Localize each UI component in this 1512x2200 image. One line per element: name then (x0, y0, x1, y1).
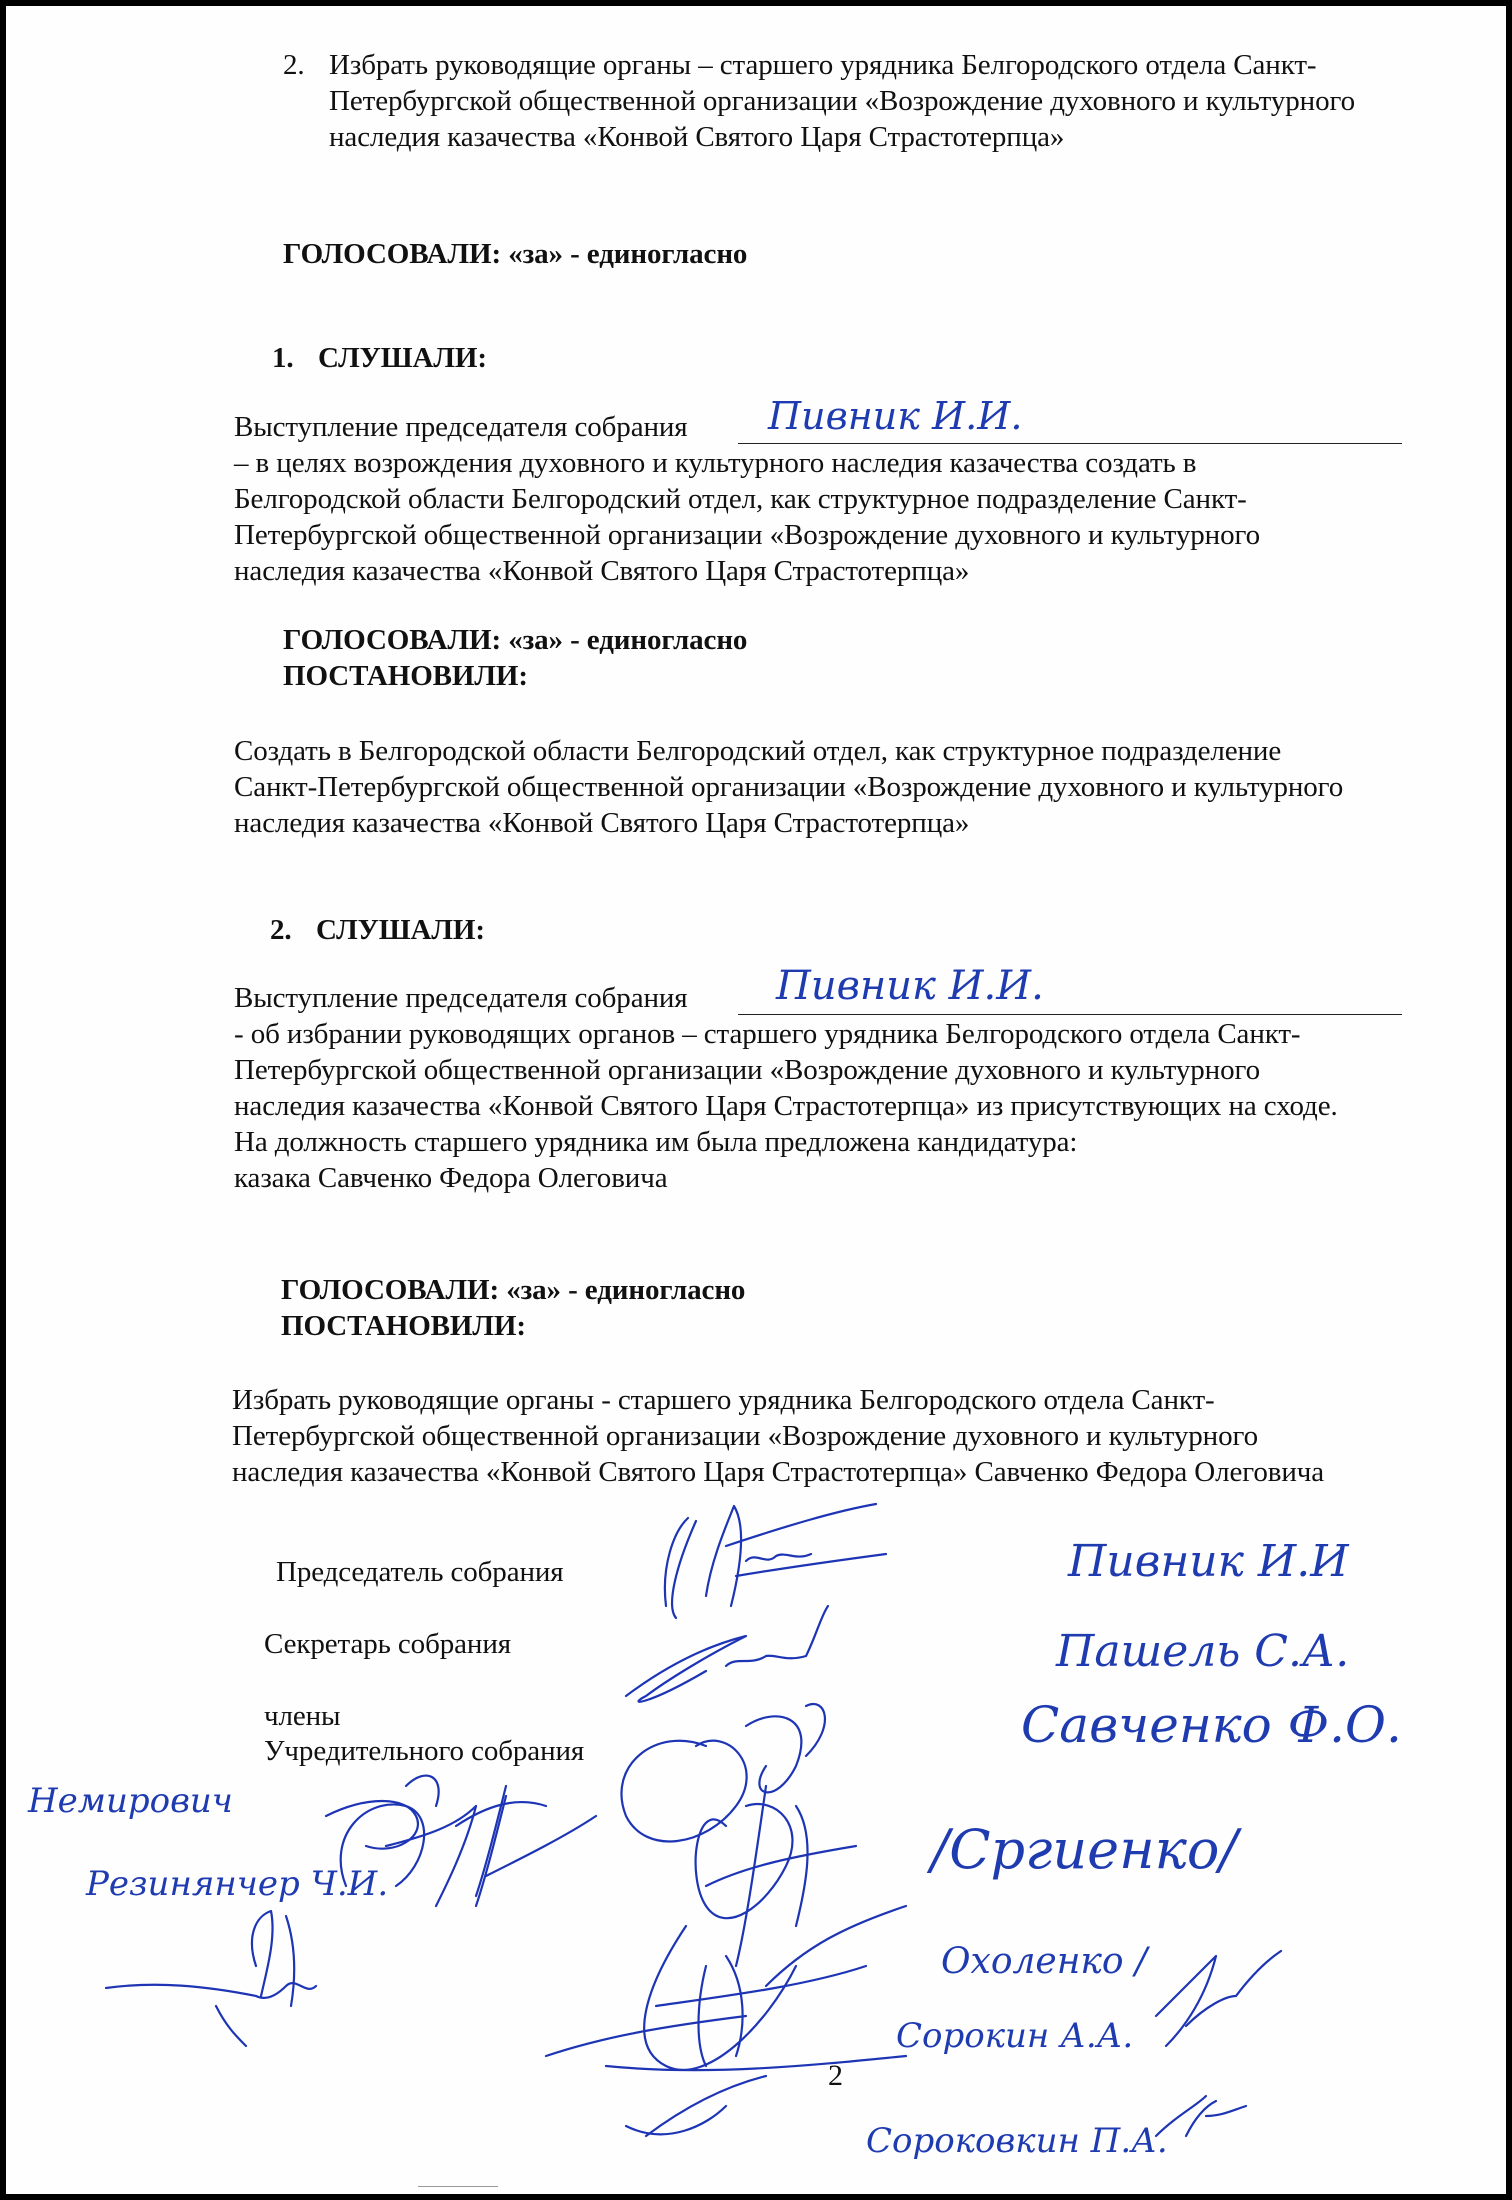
document-page: 2.Избрать руководящие органы – старшего … (6, 6, 1506, 2194)
page-number: 2 (828, 2058, 843, 2094)
bottom-mark (418, 2186, 498, 2187)
signature-strokes (6, 6, 1506, 2194)
